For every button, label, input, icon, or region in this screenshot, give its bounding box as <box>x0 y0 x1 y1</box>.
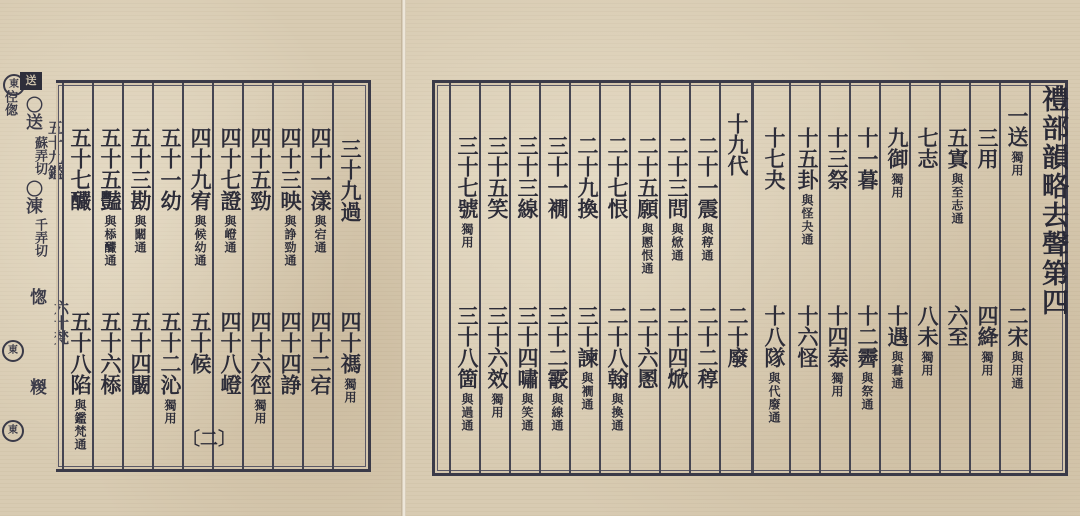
rhyme-entry: 三十四嘯與笑通 <box>514 305 540 432</box>
rhyme-entry: 三十二霰與線通 <box>544 305 570 432</box>
rhyme-entry: 四十三映與諍勁通 <box>277 127 303 267</box>
right-page: 禮部韻略去聲第四 一送獨用 二宋與用通 三用 四絳獨用 五寘與至志通 六至 七志… <box>406 0 1080 516</box>
left-page: 倥偬 東 東 東 送 〇送 蘇弄切 〇涷 千弄切 愡 糉 五十九鑑 六十梵 三十… <box>0 0 402 516</box>
stamp-icon: 東 <box>2 340 24 362</box>
rhyme-entry: 五十六㮇 <box>97 311 123 395</box>
rhyme-entry: 五十二沁獨用 <box>157 311 183 425</box>
column-rule <box>789 83 791 473</box>
next-page-fragment-line: 愡 <box>28 288 43 305</box>
rhyme-entry: 五十三勘與闞通 <box>127 127 153 254</box>
left-page-frame: 三十九過 四十禡獨用 四十一漾與宕通 四十二宕 四十三映與諍勁通 四十四諍 四十… <box>56 80 371 472</box>
rhyme-entry: 五十四闞 <box>127 311 153 395</box>
rhyme-entry: 四十五勁 <box>247 127 273 211</box>
rhyme-entry: 十二霽與祭通 <box>854 305 880 411</box>
rhyme-entry: 四十二宕 <box>307 311 333 395</box>
rhyme-entry: 十遇與暮通 <box>884 305 910 390</box>
column-rule <box>751 83 754 473</box>
rhyme-entry: 十五卦與怪夬通 <box>794 127 820 246</box>
right-page-frame: 禮部韻略去聲第四 一送獨用 二宋與用通 三用 四絳獨用 五寘與至志通 六至 七志… <box>432 80 1068 476</box>
rhyme-entry: 二十七恨 <box>604 135 630 219</box>
rhyme-entry: 六至 <box>944 305 970 347</box>
rhyme-label-box: 送 <box>20 72 42 90</box>
rhyme-entry: 三十六效獨用 <box>484 305 510 419</box>
rhyme-entry: 二十二稕 <box>694 305 720 389</box>
rhyme-entry: 十七夬 <box>761 127 787 190</box>
rhyme-entry: 二十六慁 <box>634 305 660 389</box>
rhyme-entry: 二十三問與焮通 <box>664 135 690 262</box>
rhyme-entry: 二十四焮 <box>664 305 690 389</box>
next-page-fragment-line: 〇送 <box>22 96 41 130</box>
rhyme-entry: 十四泰獨用 <box>824 305 850 398</box>
stamp-icon: 東 <box>2 420 24 442</box>
rhyme-entry: 三十七號獨用 <box>454 135 480 249</box>
rhyme-entry: 十三祭 <box>824 127 850 190</box>
rhyme-entry: 四十禡獨用 <box>337 311 363 404</box>
rhyme-entry: 九御獨用 <box>884 127 910 199</box>
rhyme-entry: 二十一震與稕通 <box>694 135 720 262</box>
rhyme-entry: 七志 <box>914 127 940 169</box>
rhyme-entry: 三十九過 <box>337 138 363 222</box>
rhyme-entry: 二宋與用通 <box>1004 305 1030 390</box>
rhyme-entry: 五十八陷與鑑梵通 <box>67 311 93 451</box>
rhyme-entry: 十一暮 <box>854 127 880 190</box>
next-page-fragment-line: 〇涷 <box>22 180 41 214</box>
rhyme-entry: 二十八翰與換通 <box>604 305 630 432</box>
rhyme-entry: 一送獨用 <box>1004 105 1030 177</box>
rhyme-entry: 十八隊與代廢通 <box>761 305 787 424</box>
rhyme-entry: 十九代 <box>724 113 750 176</box>
column-rule <box>449 83 451 473</box>
rhyme-entry: 四十六徑獨用 <box>247 311 273 425</box>
rhyme-entry: 二十九換 <box>574 135 600 219</box>
rhyme-entry: 五十一幼 <box>157 127 183 211</box>
rhyme-entry: 四十一漾與宕通 <box>307 127 333 254</box>
book-title: 禮部韻略去聲第四 <box>1033 85 1072 317</box>
rhyme-entry: 四十四諍 <box>277 311 303 395</box>
rhyme-entry: 三十諫與襉通 <box>574 305 600 411</box>
rhyme-entry: 三用 <box>974 127 1000 169</box>
next-page-fragment-line: 千弄切 <box>32 218 47 257</box>
rhyme-entry: 四十七證與嶝通 <box>217 127 243 254</box>
rhyme-entry: 十六怪 <box>794 305 820 368</box>
rhyme-entry: 五十五豔與㮇釅通 <box>97 127 123 267</box>
fold-page-mark: 〔二〕 <box>182 425 236 451</box>
rhyme-entry: 三十五笑 <box>484 135 510 219</box>
rhyme-entry: 八未獨用 <box>914 305 940 377</box>
rhyme-entry: 三十三線 <box>514 135 540 219</box>
next-page-fragment-line: 糉 <box>28 378 43 395</box>
rhyme-entry: 五十候 <box>187 311 213 374</box>
rhyme-entry: 四十九宥與候幼通 <box>187 127 213 267</box>
rhyme-entry: 二十五願與慁恨通 <box>634 135 660 275</box>
rhyme-entry: 四十八嶝 <box>217 311 243 395</box>
rhyme-entry: 五十七釅 <box>67 127 93 211</box>
rhyme-entry: 三十一襉 <box>544 135 570 219</box>
column-rule <box>62 83 64 469</box>
rhyme-entry: 五寘與至志通 <box>944 127 970 225</box>
rhyme-entry: 四絳獨用 <box>974 305 1000 377</box>
next-page-fragment-line: 蘇弄切 <box>32 136 47 175</box>
rhyme-entry: 三十八箇與過通 <box>454 305 480 432</box>
rhyme-entry: 二十廢 <box>724 305 750 368</box>
